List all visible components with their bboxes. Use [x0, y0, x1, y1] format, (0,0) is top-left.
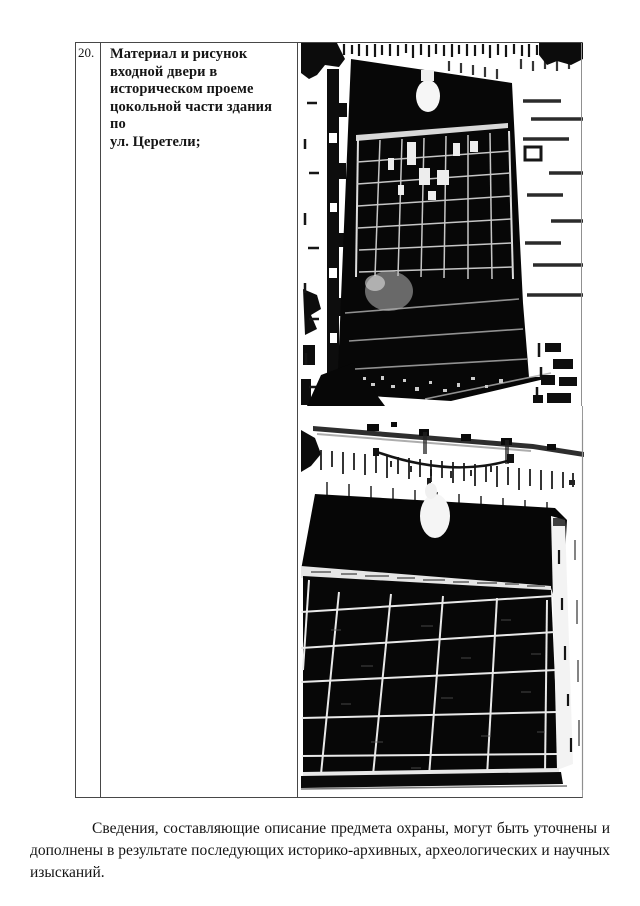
lamp-top: [425, 483, 437, 499]
photo-door-front-view: [301, 43, 583, 406]
description-line: входной двери в: [110, 64, 291, 82]
protection-subject-table: 20. Материал и рисунок входной двери в и…: [75, 42, 583, 798]
row-number-cell: 20.: [76, 43, 101, 797]
wall-mark-right: [569, 480, 575, 485]
description-line: цокольной части здания по: [110, 99, 291, 134]
closing-paragraph: Сведения, составляющие описание предмета…: [30, 818, 610, 884]
photo-cell: [298, 43, 582, 797]
description-line: Материал и рисунок: [110, 46, 291, 64]
lamp: [420, 494, 450, 538]
brick-blob-top-right: [539, 43, 583, 65]
photo-door-low-angle-view: [301, 420, 584, 790]
row-number: 20.: [78, 45, 94, 60]
document-page: 20. Материал и рисунок входной двери в и…: [0, 0, 640, 906]
lamp: [416, 80, 440, 112]
description-cell: Материал и рисунок входной двери в истор…: [101, 43, 298, 797]
description-line: ул. Церетели;: [110, 134, 291, 152]
description-line: историческом проеме: [110, 81, 291, 99]
lamp-bracket: [421, 70, 434, 81]
